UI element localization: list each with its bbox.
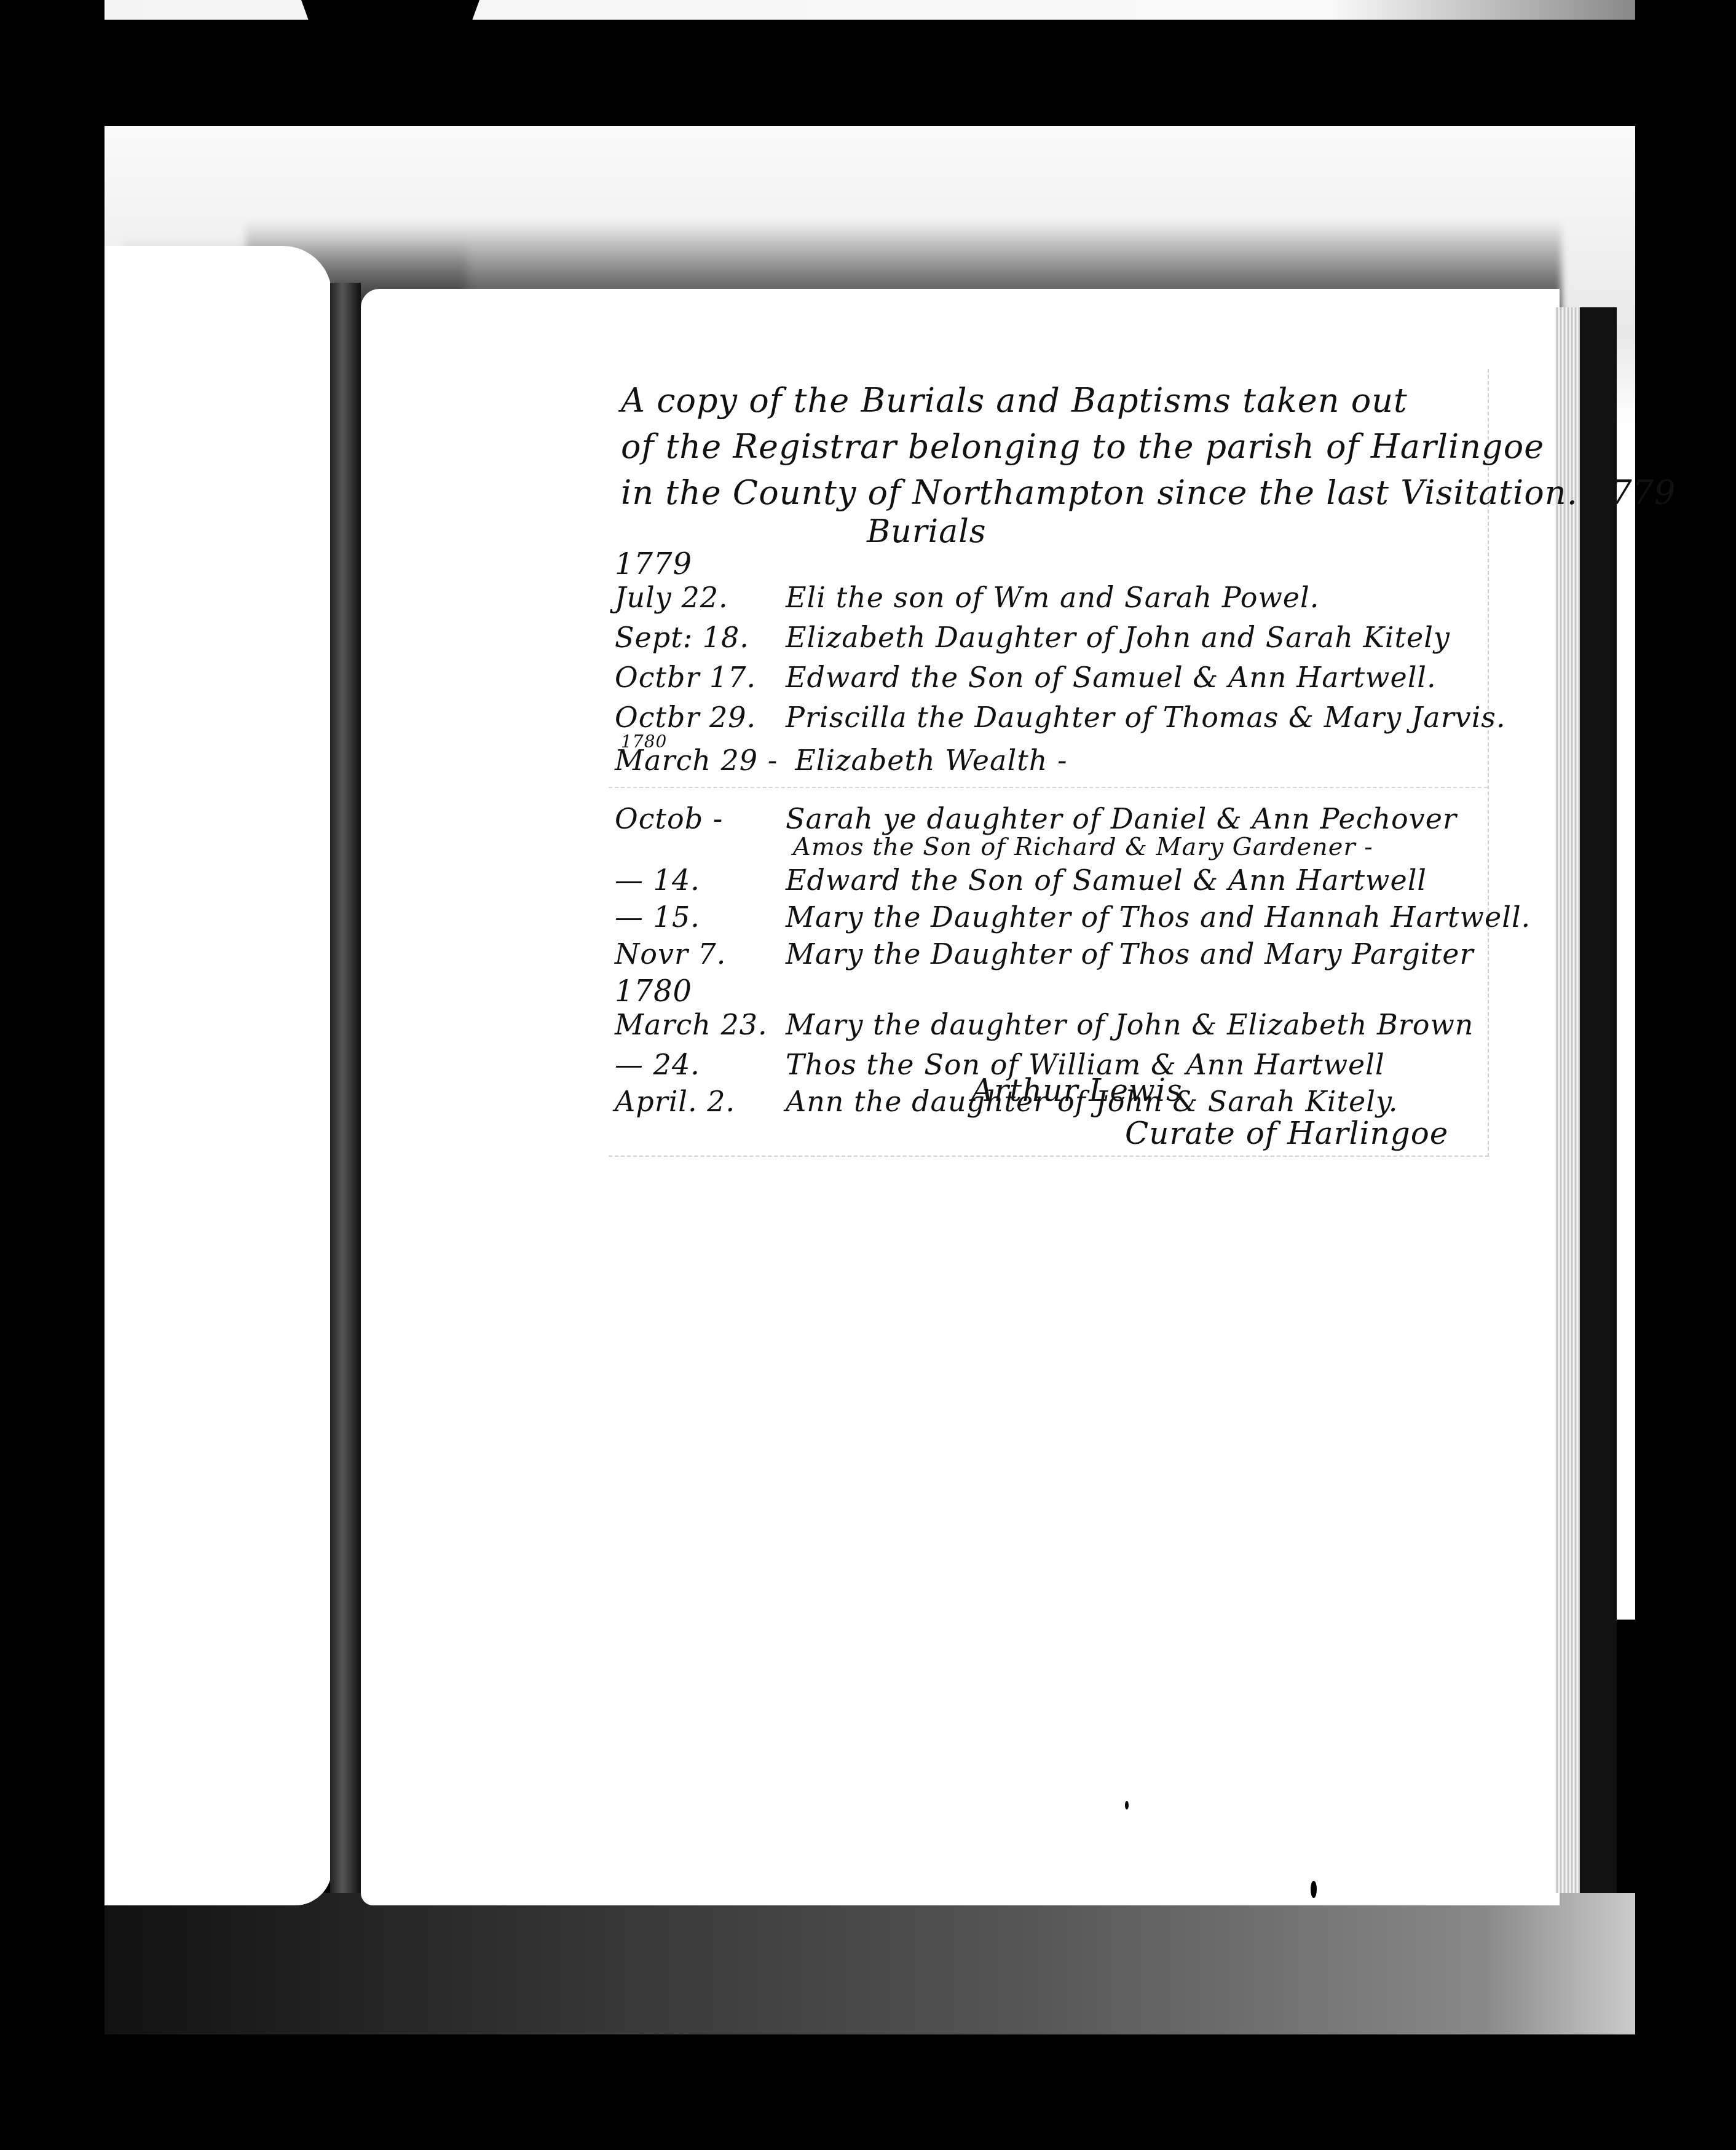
film-notch [301,0,479,20]
entry-date: March 29 - [615,744,778,777]
entry-date: Sept: 18. [615,621,768,654]
entry-text: Edward the Son of Samuel & Ann Hartwell. [786,661,1437,694]
register-entry: July 22. Eli the son of Wm and Sarah Pow… [615,581,1319,614]
interlined-entry: Amos the Son of Richard & Mary Gardener … [793,833,1373,861]
year-label: 1780 [615,974,692,1009]
entry-text: Edward the Son of Samuel & Ann Hartwell [786,864,1427,897]
signature-title: Curate of Harlingoe [1125,1116,1448,1151]
signature-name: Arthur Lewis [971,1073,1183,1108]
section-title: Burials [867,513,987,550]
page-edge-shadow [1580,307,1617,1893]
register-entry: Octbr 17. Edward the Son of Samuel & Ann… [615,661,1437,694]
heading-line: A copy of the Burials and Baptisms taken… [621,381,1408,420]
entry-date: — 15. [615,900,768,934]
register-entry: Novr 7. Mary the Daughter of Thos and Ma… [615,937,1474,971]
register-entry: March 23. Mary the daughter of John & El… [615,1008,1474,1041]
register-entry: Octob - Sarah ye daughter of Daniel & An… [615,802,1457,835]
entry-date: — 14. [615,864,768,897]
book-gutter [330,283,361,1893]
entry-date: July 22. [615,581,768,614]
ink-speck [1311,1881,1317,1898]
entry-text: Mary the Daughter of Thos and Hannah Har… [786,900,1531,934]
heading-line: of the Registrar belonging to the parish… [621,427,1544,466]
heading-line: in the County of Northampton since the l… [621,473,1676,512]
year-label: 1779 [615,547,692,581]
page-edges [1555,307,1580,1893]
slip-fold-line [609,787,1488,788]
entry-text: Mary the Daughter of Thos and Mary Pargi… [786,937,1474,971]
register-entry: — 15. Mary the Daughter of Thos and Hann… [615,900,1531,934]
entry-date: Novr 7. [615,937,768,971]
scan-bottom-edge [105,1893,1635,2034]
entry-date: — 24. [615,1048,768,1081]
left-page [105,246,332,1905]
entry-date: April. 2. [615,1085,768,1118]
entry-text: Mary the daughter of John & Elizabeth Br… [786,1008,1474,1041]
register-entry: March 29 - Elizabeth Wealth - [615,744,1067,777]
entry-date: Octob - [615,802,768,835]
entry-text: Elizabeth Wealth - [795,744,1067,777]
register-entry: Octbr 29. Priscilla the Daughter of Thom… [615,701,1506,734]
entry-date: Octbr 17. [615,661,768,694]
register-entry: Sept: 18. Elizabeth Daughter of John and… [615,621,1450,654]
pasted-register-slip: A copy of the Burials and Baptisms taken… [609,369,1489,1157]
entry-text: Elizabeth Daughter of John and Sarah Kit… [786,621,1450,654]
register-entry: — 14. Edward the Son of Samuel & Ann Har… [615,864,1427,897]
entry-text: Sarah ye daughter of Daniel & Ann Pechov… [786,802,1457,835]
entry-date: March 23. [615,1008,768,1041]
entry-text: Priscilla the Daughter of Thomas & Mary … [786,701,1506,734]
film-border [1635,0,1736,2150]
entry-date: Octbr 29. [615,701,768,734]
ink-speck [1125,1801,1129,1809]
entry-text: Eli the son of Wm and Sarah Powel. [786,581,1319,614]
